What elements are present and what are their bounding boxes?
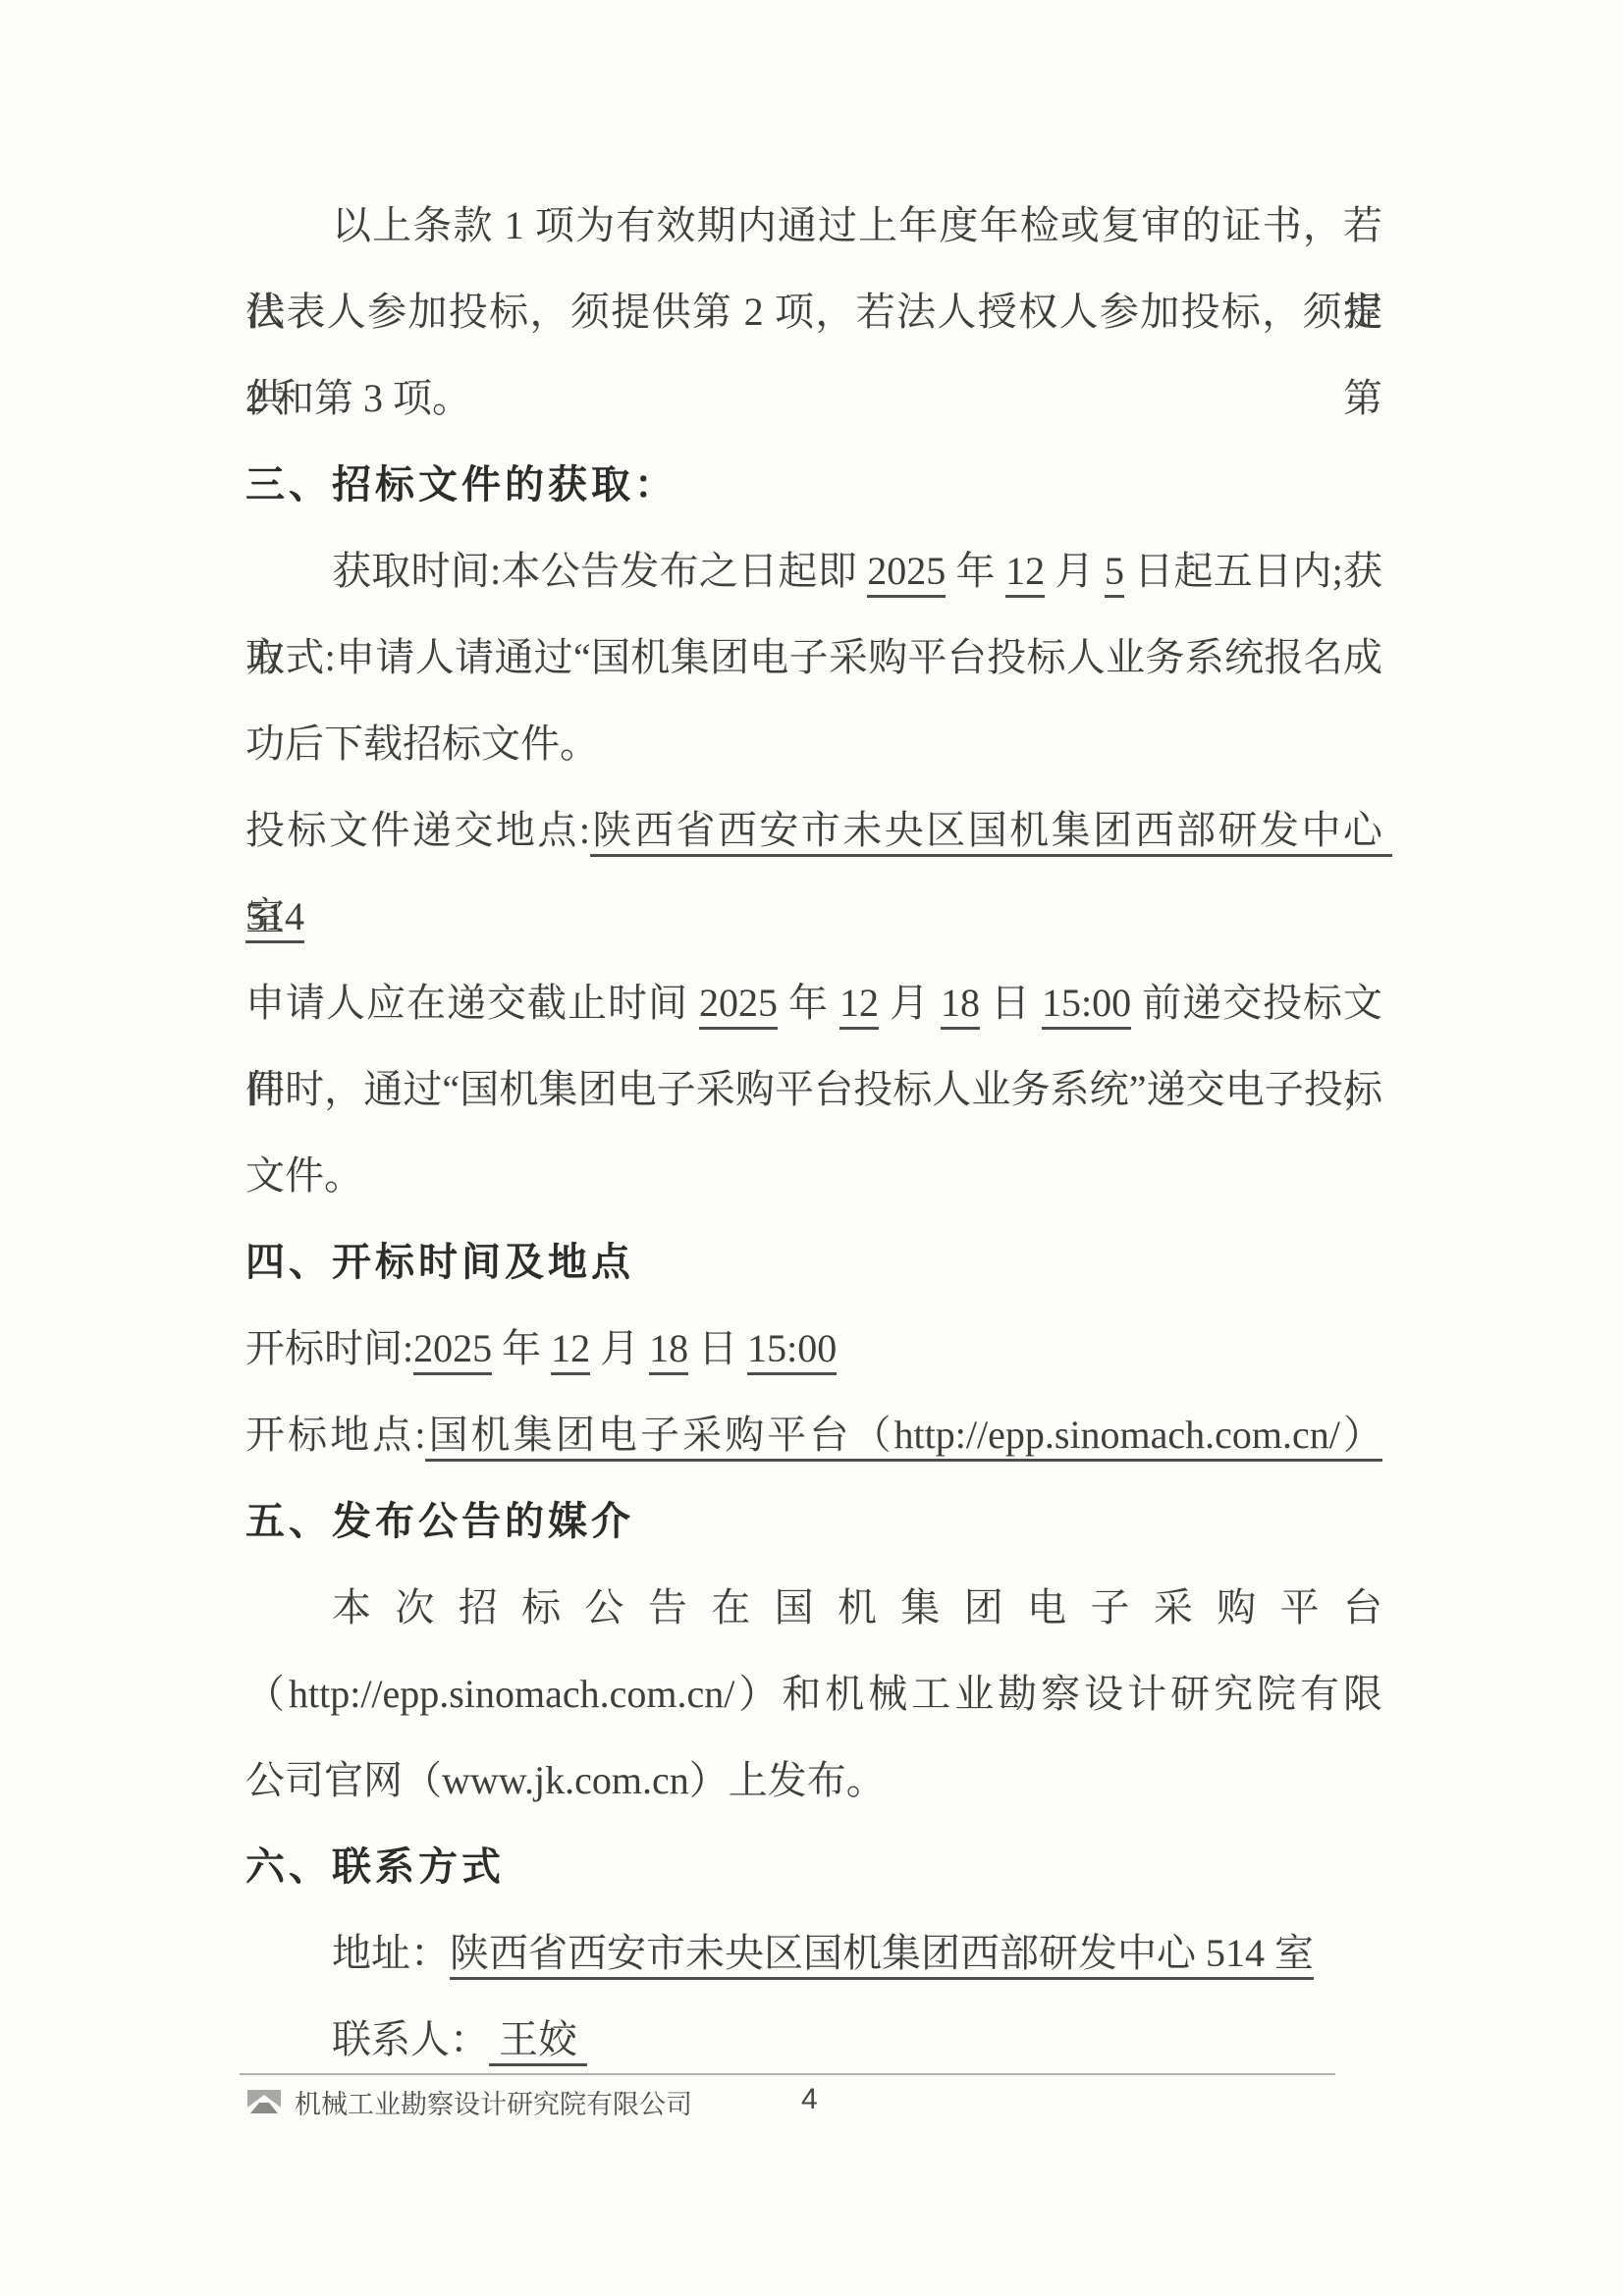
media-line-3: 公司官网（www.jk.com.cn）上发布。: [245, 1737, 1382, 1824]
cert-clause-line-1: 以上条款 1 项为有效期内通过上年度年检或复审的证书，若法定: [245, 183, 1382, 269]
page-footer: 机械工业勘察设计研究院有限公司: [245, 2083, 692, 2121]
underlined-day: 18: [941, 981, 980, 1030]
company-mountain-logo-icon: [245, 2088, 283, 2117]
underlined-platform-url: 国机集团电子采购平台（http://epp.sinomach.com.cn/）: [425, 1413, 1382, 1462]
deadline-line-2: 同时，通过“国机集团电子采购平台投标人业务系统”递交电子投标: [245, 1046, 1382, 1133]
body-text: 日: [688, 1326, 747, 1370]
underlined-month: 12: [1005, 549, 1045, 598]
heading-text: 六、联系方式: [245, 1844, 505, 1889]
underlined-submit-address-cont: 室: [245, 894, 285, 943]
body-text: 公司官网（www.jk.com.cn）上发布。: [245, 1758, 886, 1802]
section-heading-announcement-media: 五、发布公告的媒介: [245, 1478, 1382, 1565]
submit-place-line-2: 室: [245, 874, 1382, 960]
footer-separator-line: [240, 2073, 1335, 2075]
body-text: 年: [778, 981, 839, 1025]
acquire-method-line: 方式:申请人请通过“国机集团电子采购平台投标人业务系统报名成: [245, 614, 1382, 701]
body-text: 年: [946, 549, 1005, 593]
underlined-month: 12: [551, 1326, 590, 1375]
body-text: 本次招标公告在国机集团电子采购平台: [332, 1585, 1382, 1629]
body-text: 月: [879, 981, 941, 1025]
body-text: 月: [590, 1326, 649, 1370]
underlined-year: 2025: [413, 1326, 492, 1375]
open-time-line: 开标时间:2025 年 12 月 18 日 15:00: [245, 1306, 1382, 1392]
heading-text: 四、开标时间及地点: [245, 1240, 634, 1284]
underlined-day: 5: [1105, 549, 1124, 598]
deadline-line-1: 申请人应在递交截止时间 2025 年 12 月 18 日 15:00 前递交投标…: [245, 960, 1382, 1046]
document-body: 以上条款 1 项为有效期内通过上年度年检或复审的证书，若法定 代表人参加投标，须…: [245, 183, 1382, 2083]
address-line: 地址：陕西省西安市未央区国机集团西部研发中心 514 室: [245, 1910, 1382, 1997]
section-heading-doc-acquisition: 三、招标文件的获取：: [245, 442, 1382, 528]
field-label: 开标地点:: [245, 1413, 425, 1457]
body-text: 申请人应在递交截止时间: [245, 981, 699, 1025]
field-label: 开标时间:: [245, 1326, 413, 1370]
body-text: 月: [1045, 549, 1105, 593]
underlined-day: 18: [649, 1326, 688, 1375]
page-number: 4: [801, 2083, 818, 2116]
acquire-method-line-2: 功后下载招标文件。: [245, 701, 1382, 787]
media-line-1: 本次招标公告在国机集团电子采购平台: [245, 1565, 1382, 1651]
field-label: 投标文件递交地点:: [245, 808, 590, 852]
heading-text: 五、发布公告的媒介: [245, 1499, 634, 1543]
body-text: 功后下载招标文件。: [245, 721, 599, 766]
underlined-month: 12: [839, 981, 879, 1030]
open-place-line: 开标地点:国机集团电子采购平台（http://epp.sinomach.com.…: [245, 1392, 1382, 1478]
underlined-year: 2025: [699, 981, 778, 1030]
body-text: 文件。: [245, 1153, 363, 1198]
body-text: 2 和第 3 项。: [245, 376, 471, 420]
field-label: 联系人：: [332, 2017, 489, 2061]
media-line-2: （http://epp.sinomach.com.cn/）和机械工业勘察设计研究…: [245, 1651, 1382, 1737]
section-heading-contact: 六、联系方式: [245, 1824, 1382, 1910]
body-text: 日: [980, 981, 1042, 1025]
heading-text: 三、招标文件的获取：: [245, 462, 677, 507]
underlined-contact-name: 王姣: [489, 2017, 587, 2066]
footer-company-name: 机械工业勘察设计研究院有限公司: [295, 2083, 692, 2121]
scanned-tender-document-page: 以上条款 1 项为有效期内通过上年度年检或复审的证书，若法定 代表人参加投标，须…: [0, 0, 1623, 2296]
underlined-time: 15:00: [1042, 981, 1131, 1030]
body-text: 方式:申请人请通过“国机集团电子采购平台投标人业务系统报名成: [245, 635, 1382, 679]
body-text: （http://epp.sinomach.com.cn/）和机械工业勘察设计研究…: [245, 1672, 1382, 1716]
deadline-line-3: 文件。: [245, 1133, 1382, 1219]
underlined-year: 2025: [867, 549, 946, 598]
submit-place-line-1: 投标文件递交地点:陕西省西安市未央区国机集团西部研发中心 514: [245, 787, 1382, 874]
underlined-time: 15:00: [747, 1326, 837, 1375]
body-text: 获取时间:本公告发布之日起即: [332, 549, 867, 593]
section-heading-bid-opening: 四、开标时间及地点: [245, 1219, 1382, 1306]
body-text: 年: [492, 1326, 551, 1370]
cert-clause-line-2: 代表人参加投标，须提供第 2 项，若法人授权人参加投标，须提供第: [245, 269, 1382, 355]
contact-person-line: 联系人： 王姣: [245, 1997, 1382, 2083]
acquire-time-line: 获取时间:本公告发布之日起即 2025 年 12 月 5 日起五日内;获取: [245, 528, 1382, 614]
underlined-contact-address: 陕西省西安市未央区国机集团西部研发中心 514 室: [450, 1931, 1314, 1980]
body-text: 同时，通过“国机集团电子采购平台投标人业务系统”递交电子投标: [245, 1067, 1382, 1111]
field-label: 地址：: [332, 1931, 450, 1975]
